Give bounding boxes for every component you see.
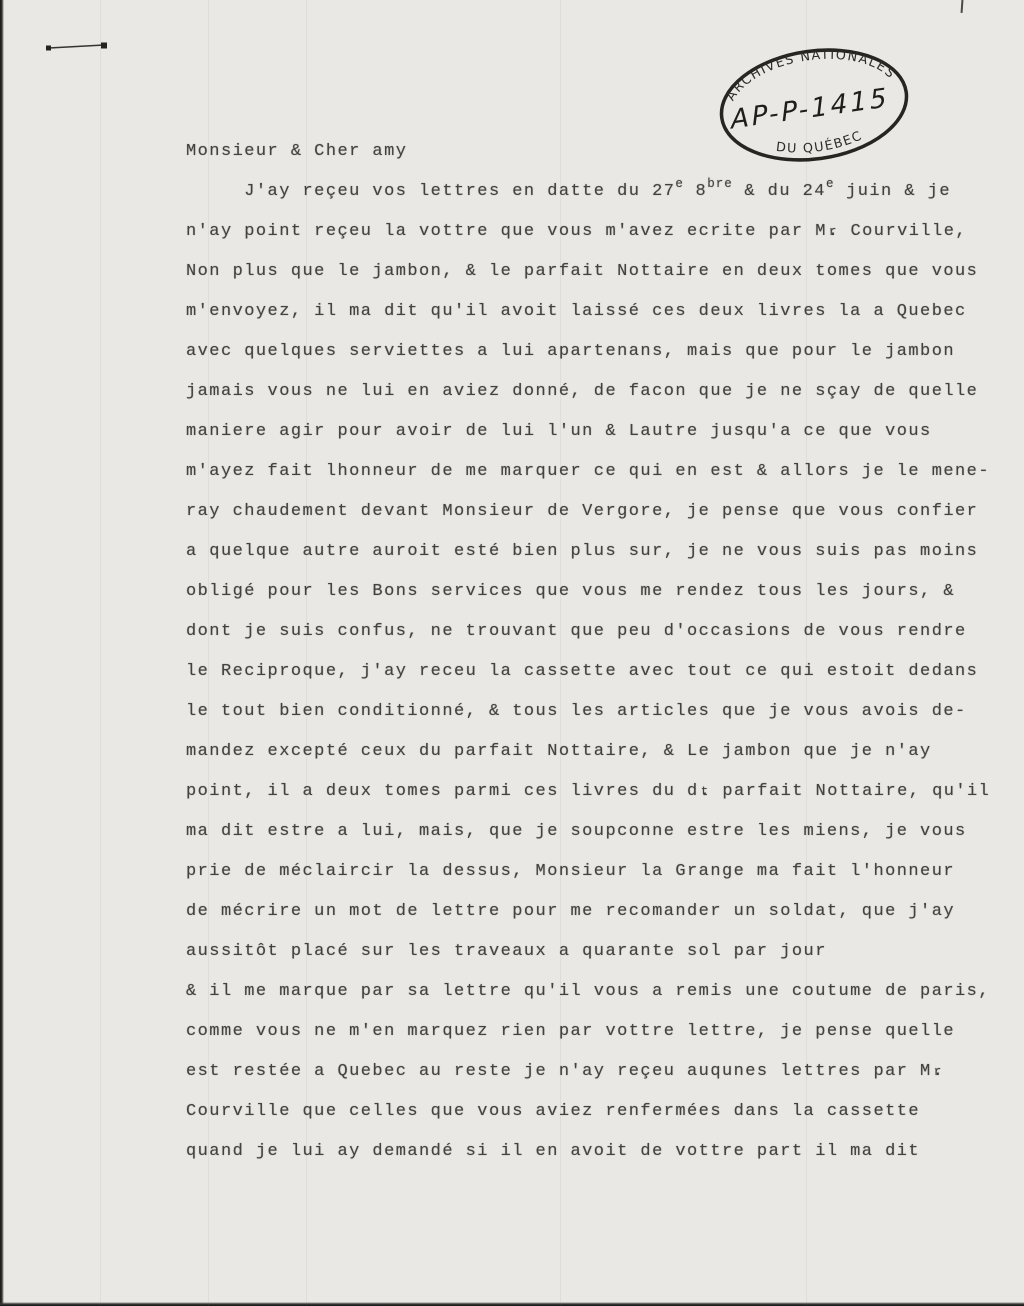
letter-line: Non plus que le jambon, & le parfait Not… [186,252,1016,292]
superscript: e [826,177,835,191]
letter-line: quand je lui ay demandé si il en avoit d… [186,1132,1016,1172]
letter-line: est restée a Quebec au reste je n'ay reç… [186,1052,1016,1092]
scan-streak [100,0,101,1306]
letter-line: Courville que celles que vous aviez renf… [186,1092,1016,1132]
superscript-abbreviation: r. [827,212,839,252]
letter-lines: J'ay reçeu vos lettres en datte du 27e 8… [186,172,1016,1172]
letter-line: obligé pour les Bons services que vous m… [186,572,1016,612]
letter-line: comme vous ne m'en marquez rien par vott… [186,1012,1016,1052]
superscript-abbreviation: t. [699,772,711,812]
letter-line: m'ayez fait lhonneur de me marquer ce qu… [186,452,1016,492]
letter-line: ray chaudement devant Monsieur de Vergor… [186,492,1016,532]
stamp-reference-number: AP-P-1415 [728,82,891,136]
letter-line: le tout bien conditionné, & tous les art… [186,692,1016,732]
scan-tick-mark [961,0,964,13]
superscript-abbreviation: r. [932,1052,944,1092]
letter-line: mandez excepté ceux du parfait Nottaire,… [186,732,1016,772]
letter-line: ma dit estre a lui, mais, que je soupcon… [186,812,1016,852]
letter-line: dont je suis confus, ne trouvant que peu… [186,612,1016,652]
letter-line: le Reciproque, j'ay receu la cassette av… [186,652,1016,692]
pen-dash-mark [44,40,110,52]
letter-salutation: Monsieur & Cher amy [186,132,1016,172]
letter-line: & il me marque par sa lettre qu'il vous … [186,972,1016,1012]
scan-edge-left [0,0,4,1306]
letter-line: point, il a deux tomes parmi ces livres … [186,772,1016,812]
superscript: e [675,177,684,191]
letter-line: aussitôt placé sur les traveaux a quaran… [186,932,1016,972]
letter-line: n'ay point reçeu la vottre que vous m'av… [186,212,1016,252]
letter-line: maniere agir pour avoir de lui l'un & La… [186,412,1016,452]
scan-edge-bottom [0,1302,1024,1306]
letter-line: J'ay reçeu vos lettres en datte du 27e 8… [186,172,1016,212]
letter-line: avec quelques serviettes a lui apartenan… [186,332,1016,372]
scanned-letter-page: ARCHIVES NATIONALES AP-P-1415 DU QUÉBEC … [0,0,1024,1306]
letter-line: m'envoyez, il ma dit qu'il avoit laissé … [186,292,1016,332]
letter-line: a quelque autre auroit esté bien plus su… [186,532,1016,572]
letter-line: prie de méclaircir la dessus, Monsieur l… [186,852,1016,892]
superscript: bre [707,177,733,191]
letter-body: Monsieur & Cher amy J'ay reçeu vos lettr… [186,132,1016,1172]
letter-line: de mécrire un mot de lettre pour me reco… [186,892,1016,932]
letter-line: jamais vous ne lui en aviez donné, de fa… [186,372,1016,412]
